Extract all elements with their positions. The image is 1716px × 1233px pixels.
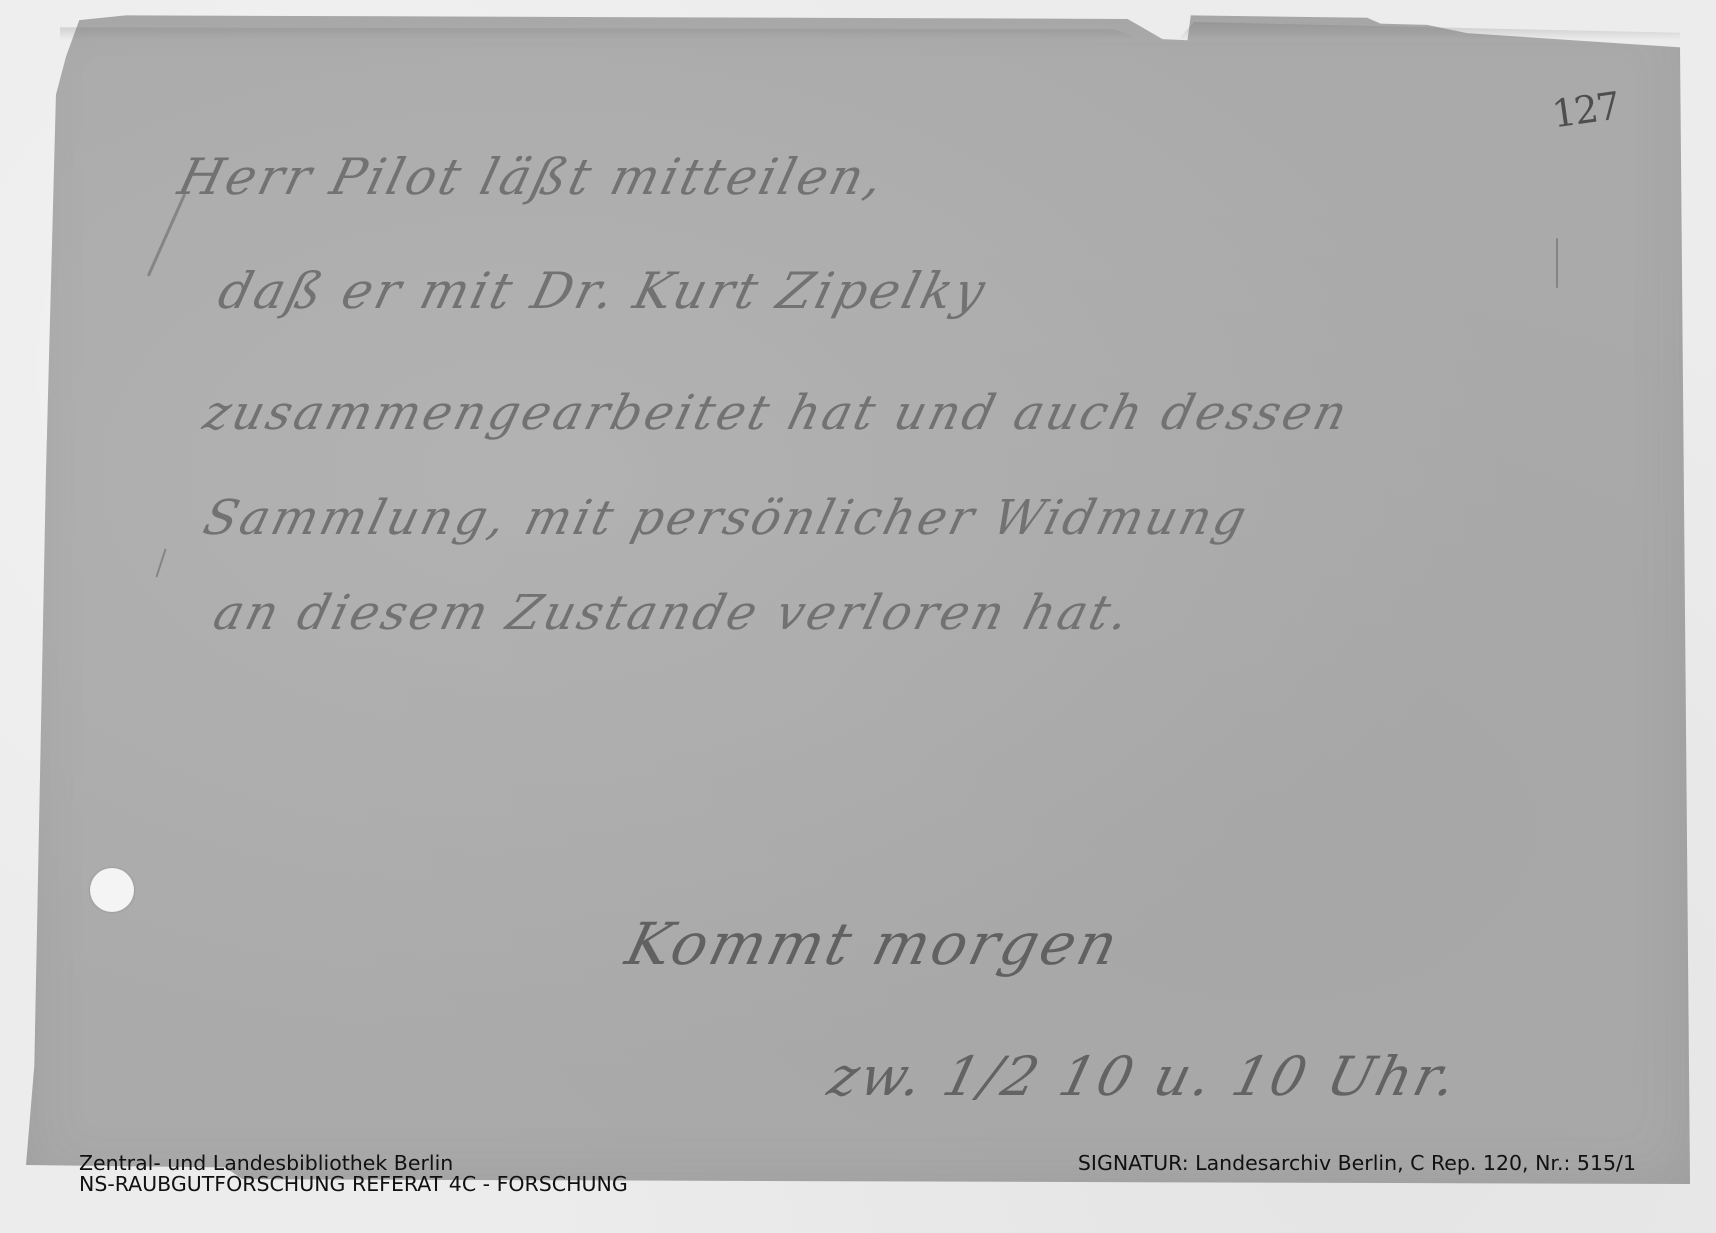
handwritten-line: daß er mit Dr. Kurt Zipelky (213, 262, 994, 320)
institution-name: Zentral- und Landesbibliothek Berlin (79, 1153, 628, 1174)
handwritten-line: zusammengearbeitet hat und auch dessen (198, 385, 1355, 441)
handwritten-line: Sammlung, mit persönlicher Widmung (198, 490, 1255, 546)
archive-institution-caption: Zentral- und Landesbibliothek Berlin NS-… (79, 1153, 628, 1195)
handwritten-closing: Kommt morgen (620, 910, 1128, 978)
handwritten-time-note: zw. 1/2 10 u. 10 Uhr. (822, 1045, 1466, 1108)
handwritten-line: an diesem Zustande verloren hat. (208, 585, 1137, 641)
punch-hole (90, 868, 134, 912)
department-name: NS-RAUBGUTFORSCHUNG REFERAT 4C - FORSCHU… (79, 1174, 628, 1195)
handwritten-line: Herr Pilot läßt mitteilen, (173, 148, 892, 206)
archive-signature: SIGNATUR: Landesarchiv Berlin, C Rep. 12… (1078, 1153, 1636, 1174)
folio-number: 127 (1549, 84, 1621, 137)
pencil-stroke (1556, 238, 1558, 288)
